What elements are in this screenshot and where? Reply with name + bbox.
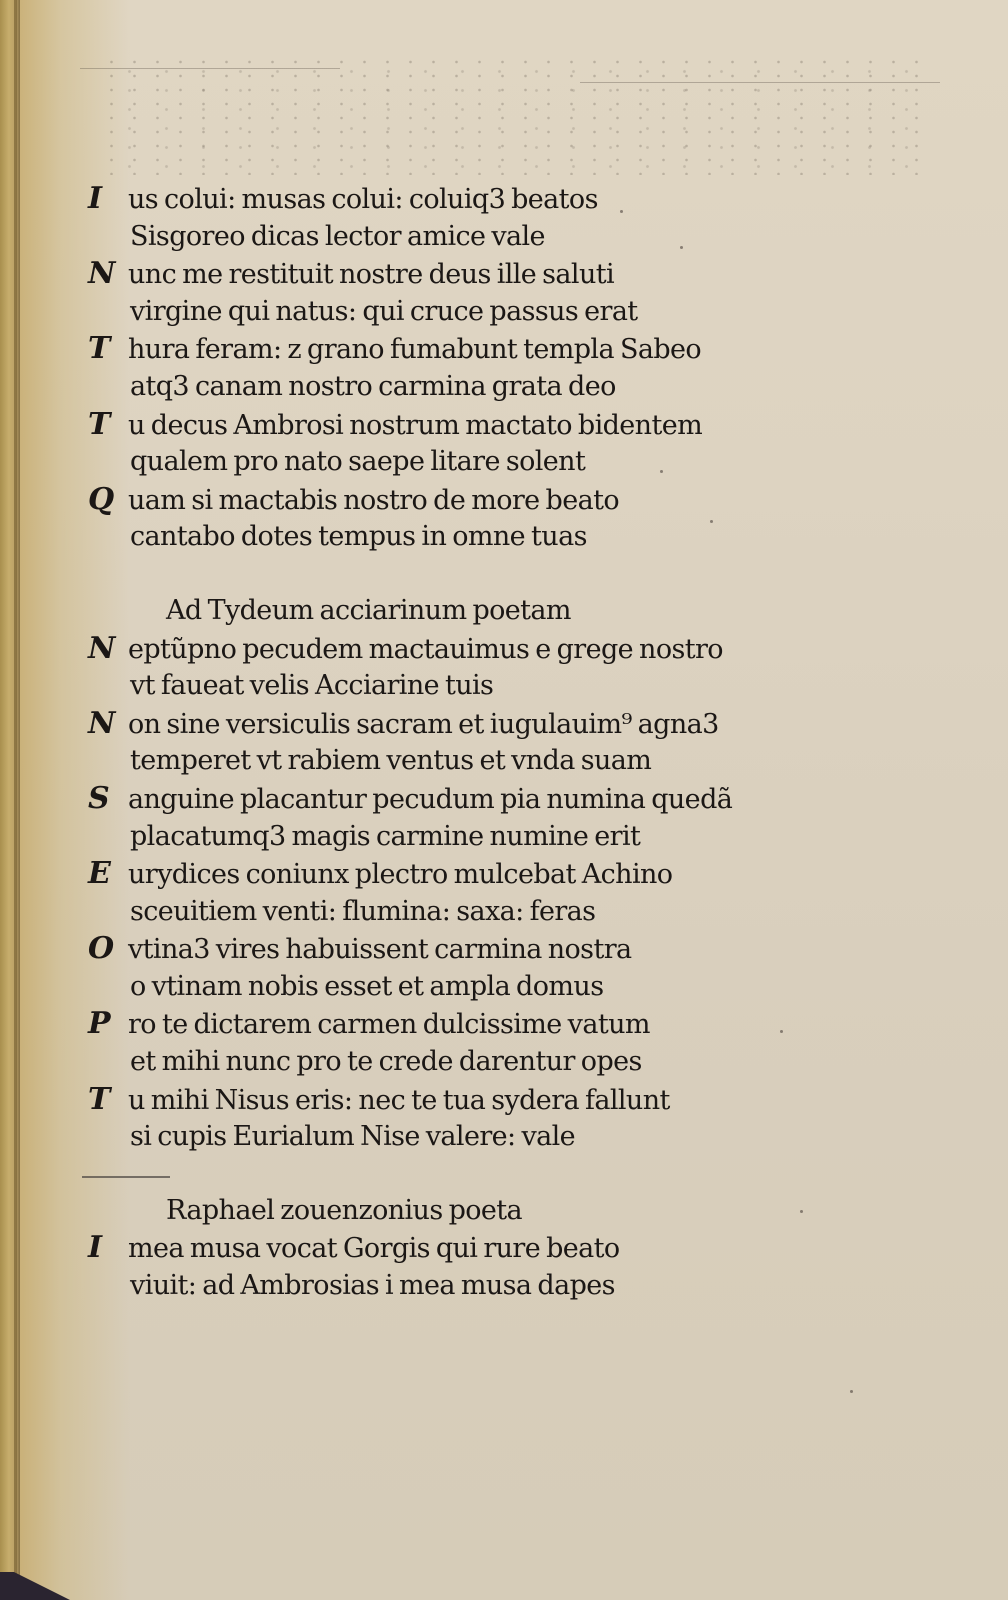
- verse-text: o vtinam nobis esset et ampla domus: [130, 971, 603, 1002]
- verse-line: o vtinam nobis esset et ampla domus: [88, 968, 768, 1006]
- verse-line: Pro te dictarem carmen dulcissime vatum: [88, 1005, 768, 1043]
- verse-line: si cupis Eurialum Nise valere: vale: [88, 1118, 768, 1156]
- verse-line: virgine qui natus: qui cruce passus erat: [88, 293, 768, 331]
- verse-text: anguine placantur pecudum pia numina que…: [128, 784, 732, 815]
- verse-line: Tu mihi Nisus eris: nec te tua sydera fa…: [88, 1081, 768, 1119]
- verse-text: ro te dictarem carmen dulcissime vatum: [128, 1009, 650, 1040]
- verse-text: temperet vt rabiem ventus et vnda suam: [130, 745, 651, 776]
- verse-line: Neptũpno pecudem mactauimus e grege nost…: [88, 630, 768, 668]
- verse-line: Non sine versiculis sacram et iugulauim⁹…: [88, 705, 768, 743]
- verse-line: sceuitiem venti: flumina: saxa: feras: [88, 893, 768, 931]
- verse-text: hura feram: z grano fumabunt templa Sabe…: [128, 334, 701, 365]
- initial-letter: O: [88, 930, 128, 968]
- verse-line: Eurydices coniunx plectro mulcebat Achin…: [88, 855, 768, 893]
- show-through-text: [100, 55, 930, 175]
- section-gap: [88, 1156, 768, 1192]
- initial-letter: T: [88, 330, 128, 368]
- page-edge-line: [14, 0, 17, 1600]
- initial-letter: I: [88, 1229, 128, 1267]
- verse-text: et mihi nunc pro te crede darentur opes: [130, 1046, 642, 1077]
- verse-text: si cupis Eurialum Nise valere: vale: [130, 1121, 575, 1152]
- verse-text: uam si mactabis nostro de more beato: [128, 485, 619, 516]
- verse-line: Quam si mactabis nostro de more beato: [88, 481, 768, 519]
- initial-letter: N: [88, 705, 128, 743]
- initial-letter: N: [88, 630, 128, 668]
- section-heading: Ad Tydeum acciarinum poetam: [88, 592, 768, 630]
- verse-line: cantabo dotes tempus in omne tuas: [88, 518, 768, 556]
- verse-line: Sisgoreo dicas lector amice vale: [88, 218, 768, 256]
- initial-letter: T: [88, 1081, 128, 1119]
- verse-text: vtina3 vires habuissent carmina nostra: [128, 934, 632, 965]
- initial-letter: E: [88, 855, 128, 893]
- verse-line: vt faueat velis Acciarine tuis: [88, 667, 768, 705]
- verse-line: Ius colui: musas colui: coluiq3 beatos: [88, 180, 768, 218]
- initial-letter: I: [88, 180, 128, 218]
- verse-text: unc me restituit nostre deus ille saluti: [128, 259, 614, 290]
- verse-text: u decus Ambrosi nostrum mactato bidentem: [128, 410, 702, 441]
- verse-text: mea musa vocat Gorgis qui rure beato: [128, 1233, 620, 1264]
- verse-text: sceuitiem venti: flumina: saxa: feras: [130, 896, 595, 927]
- verse-text: urydices coniunx plectro mulcebat Achino: [128, 859, 672, 890]
- verse-line: Tu decus Ambrosi nostrum mactato bidente…: [88, 406, 768, 444]
- verse-text: eptũpno pecudem mactauimus e grege nostr…: [128, 634, 723, 665]
- section-heading: Raphael zouenzonius poeta: [88, 1192, 768, 1230]
- verse-line: placatumq3 magis carmine numine erit: [88, 818, 768, 856]
- ink-speck: [780, 1030, 783, 1033]
- verse-text: atq3 canam nostro carmina grata deo: [130, 371, 616, 402]
- book-gutter-edge: [0, 0, 22, 1600]
- verse-line: Sanguine placantur pecudum pia numina qu…: [88, 780, 768, 818]
- verse-line: Imea musa vocat Gorgis qui rure beato: [88, 1229, 768, 1267]
- verse-text: Sisgoreo dicas lector amice vale: [130, 221, 545, 252]
- section-gap: [88, 556, 768, 592]
- verse-text: vt faueat velis Acciarine tuis: [130, 670, 493, 701]
- verse-text: cantabo dotes tempus in omne tuas: [130, 521, 587, 552]
- initial-letter: S: [88, 780, 128, 818]
- verse-line: Ovtina3 vires habuissent carmina nostra: [88, 930, 768, 968]
- verse-text: u mihi Nisus eris: nec te tua sydera fal…: [128, 1085, 670, 1116]
- verse-text: qualem pro nato saepe litare solent: [130, 446, 585, 477]
- initial-letter: Q: [88, 481, 128, 519]
- verse-line: Thura feram: z grano fumabunt templa Sab…: [88, 330, 768, 368]
- initial-letter: P: [88, 1005, 128, 1043]
- show-through-line: [580, 82, 940, 83]
- ink-speck: [800, 1210, 803, 1213]
- verse-line: qualem pro nato saepe litare solent: [88, 443, 768, 481]
- verse-text: on sine versiculis sacram et iugulauim⁹ …: [128, 709, 719, 740]
- verse-line: viuit: ad Ambrosias i mea musa dapes: [88, 1267, 768, 1305]
- verse-text-block: Ius colui: musas colui: coluiq3 beatos S…: [88, 180, 768, 1305]
- verse-line: et mihi nunc pro te crede darentur opes: [88, 1043, 768, 1081]
- verse-line: Nunc me restituit nostre deus ille salut…: [88, 255, 768, 293]
- show-through-line: [80, 68, 340, 69]
- verse-line: atq3 canam nostro carmina grata deo: [88, 368, 768, 406]
- verse-text: viuit: ad Ambrosias i mea musa dapes: [130, 1270, 615, 1301]
- verse-text: us colui: musas colui: coluiq3 beatos: [128, 184, 598, 215]
- verse-line: temperet vt rabiem ventus et vnda suam: [88, 742, 768, 780]
- verse-text: virgine qui natus: qui cruce passus erat: [130, 296, 638, 327]
- initial-letter: N: [88, 255, 128, 293]
- initial-letter: T: [88, 406, 128, 444]
- ink-speck: [850, 1390, 853, 1393]
- verse-text: placatumq3 magis carmine numine erit: [130, 821, 640, 852]
